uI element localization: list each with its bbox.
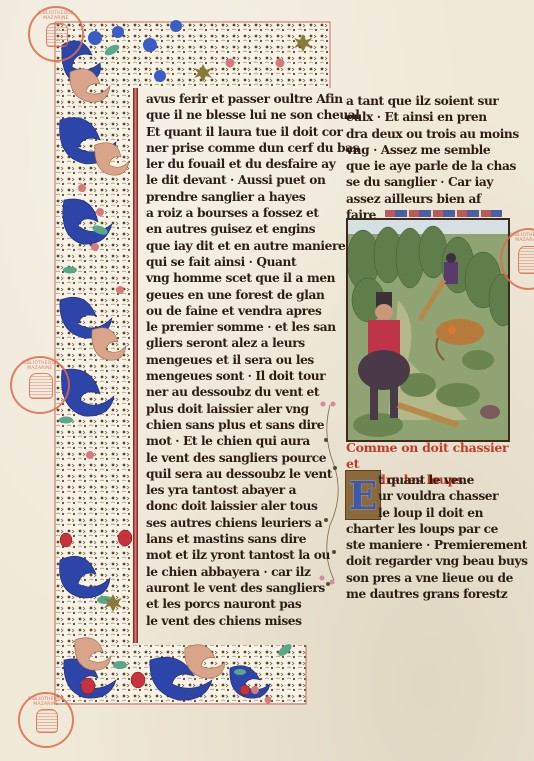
text-line: chien sans plus et sans dire — [146, 417, 330, 433]
text-line: a roiz a bourses a fossez et — [146, 205, 330, 221]
left-text-column: avus ferir et passer oultre Afin que il … — [146, 91, 330, 629]
text-line: eulx · Et ainsi en pren — [346, 109, 506, 125]
miniature-illustration — [348, 220, 508, 440]
text-line: lans et mastins sans dire — [146, 531, 330, 547]
text-line: donc doit laissier aler tous — [146, 498, 330, 514]
text-line: le chien abbayera · car ilz — [146, 564, 330, 580]
text-line: le loup il doit en — [346, 505, 506, 521]
text-line: qui se fait ainsi · Quant — [146, 254, 330, 270]
text-line: mengeues et il sera ou les — [146, 352, 330, 368]
text-line: auront le vent des sangliers — [146, 580, 330, 596]
text-line: t quant le vene — [346, 472, 506, 488]
text-line: que ie aye parle de la chas — [346, 158, 506, 174]
right-text-column-bottom: t quant le vene ur vouldra chasser le lo… — [346, 472, 506, 602]
text-line: ner prise comme dun cerf du bas — [146, 140, 330, 156]
library-stamp-bottom-left: BIBLIOTHEQUE MAZARINE — [18, 692, 74, 748]
text-line: geues en une forest de glan — [146, 287, 330, 303]
text-line: le dit devant · Aussi puet on — [146, 172, 330, 188]
text-line: quil sera au dessoubz le vent — [146, 466, 330, 482]
text-line: mot · Et le chien qui aura — [146, 433, 330, 449]
text-line: et les porcs nauront pas — [146, 596, 330, 612]
text-line: ou de faine et vendra apres — [146, 303, 330, 319]
text-line: mot et ilz yront tantost la ou — [146, 547, 330, 563]
library-stamp-top-left: BIBLIOTHEQUE MAZARINE — [28, 6, 84, 62]
text-line: Et quant il laura tue il doit cor — [146, 124, 330, 140]
rubric-line: Comme on doit chassier et — [346, 440, 516, 472]
text-line: a tant que ilz soient sur — [346, 93, 506, 109]
text-line: avus ferir et passer oultre Afin — [146, 91, 330, 107]
text-line: se du sanglier · Car iay — [346, 174, 506, 190]
manuscript-page: avus ferir et passer oultre Afin que il … — [0, 0, 534, 761]
text-line: vng · Assez me semble — [346, 142, 506, 158]
text-line: doit regarder vng beau buys — [346, 553, 506, 569]
line-filler-ornament — [385, 210, 502, 217]
text-line: gliers seront alez a leurs — [146, 335, 330, 351]
text-line: les yra tantost abayer a — [146, 482, 330, 498]
text-line: le vent des sangliers pource — [146, 450, 330, 466]
text-line: mengeues sont · Il doit tour — [146, 368, 330, 384]
vertical-border-rule — [133, 88, 138, 643]
library-stamp-left-margin: BIBLIOTHEQUE MAZARINE — [10, 356, 70, 414]
text-line: assez ailleurs bien af — [346, 191, 506, 207]
text-line: son pres a vne lieue ou de — [346, 570, 506, 586]
text-line: que il ne blesse lui ne son cheual — [146, 107, 330, 123]
text-line: vng homme scet que il a men — [146, 270, 330, 286]
text-line: ses autres chiens leuriers a — [146, 515, 330, 531]
text-line: charter les loups par ce — [346, 521, 506, 537]
text-line: que iay dit et en autre maniere — [146, 238, 330, 254]
miniature-boar-hunt — [346, 218, 510, 442]
text-line: dra deux ou trois au moins — [346, 126, 506, 142]
text-line: prendre sanglier a hayes — [146, 189, 330, 205]
text-line: ler du fouail et du desfaire ay — [146, 156, 330, 172]
text-line: ur vouldra chasser — [346, 488, 506, 504]
right-text-column-top: a tant que ilz soient sur eulx · Et ains… — [346, 93, 506, 223]
text-line: en autres guisez et engins — [146, 221, 330, 237]
text-line: le vent des chiens mises — [146, 613, 330, 629]
text-line: me dautres grans forestz — [346, 586, 506, 602]
text-line: plus doit laissier aler vng — [146, 401, 330, 417]
text-line: le premier somme · et les san — [146, 319, 330, 335]
text-line: ste maniere · Premierement — [346, 537, 506, 553]
text-line: ner au dessoubz du vent et — [146, 384, 330, 400]
